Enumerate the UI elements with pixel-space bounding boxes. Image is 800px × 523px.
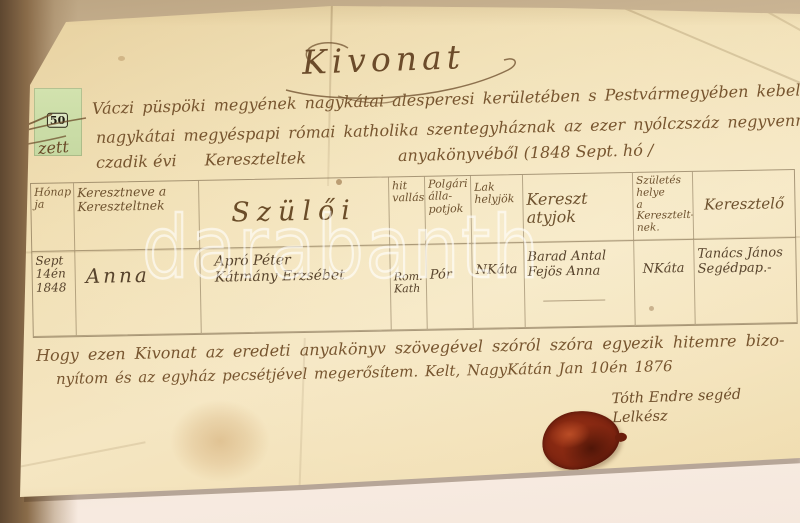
document-title: Kivonat — [301, 37, 465, 82]
table-header-residence: Lak helyjök — [471, 175, 524, 244]
table-cell-name: Anna — [75, 249, 202, 336]
document-photo: Kivonat 50 zett Váczi püspöki megyének n… — [0, 0, 800, 523]
ink-speck — [118, 56, 125, 61]
ink-speck — [336, 179, 342, 185]
table-cell-baptizer: Tanács János Segédpap.- — [694, 238, 797, 325]
table-cell-religion: Rom. Kath — [390, 245, 428, 331]
ink-speck — [649, 306, 654, 311]
table-header-name: Keresztneve a Kereszteltnek — [74, 181, 200, 251]
table-cell-residence: NKáta — [472, 243, 526, 329]
table-header-godparents: Kereszt atyjok — [523, 173, 634, 243]
table-header-religion: hit vallások — [389, 177, 426, 246]
handwritten-note-fragment: zett — [37, 137, 69, 158]
table-header-birthplace: Születés helye a Keresztelt- nek. — [633, 172, 694, 241]
table-cell-date: Sept 14én 1848 — [32, 251, 77, 337]
intro-line-3-part: czadik évi — [96, 151, 177, 172]
table-header-baptizer: Keresztelő — [693, 170, 795, 240]
table-cell-civil-status: Pór — [426, 244, 474, 330]
paper-stain — [170, 400, 270, 482]
intro-line-3-part: Kereszteltek — [204, 148, 306, 169]
signature: Tóth Endre segéd Lelkész — [611, 386, 742, 428]
document-paper: Kivonat 50 zett Váczi püspöki megyének n… — [0, 0, 800, 523]
table-header-month: Hónap ja — [31, 183, 75, 252]
registry-table: Hónap ja Keresztneve a Kereszteltnek Szü… — [30, 169, 798, 338]
table-cell-godparents: Barad Antal Fejös Anna — [524, 241, 636, 328]
table-header-parents: Szülői — [199, 177, 390, 248]
table-header-civil-status: Polgári álla- potjok — [425, 176, 472, 245]
table-cell-birthplace: NKáta — [634, 240, 696, 326]
table-cell-parents: Apró Péter Kátmány Erzsébet — [200, 245, 392, 333]
